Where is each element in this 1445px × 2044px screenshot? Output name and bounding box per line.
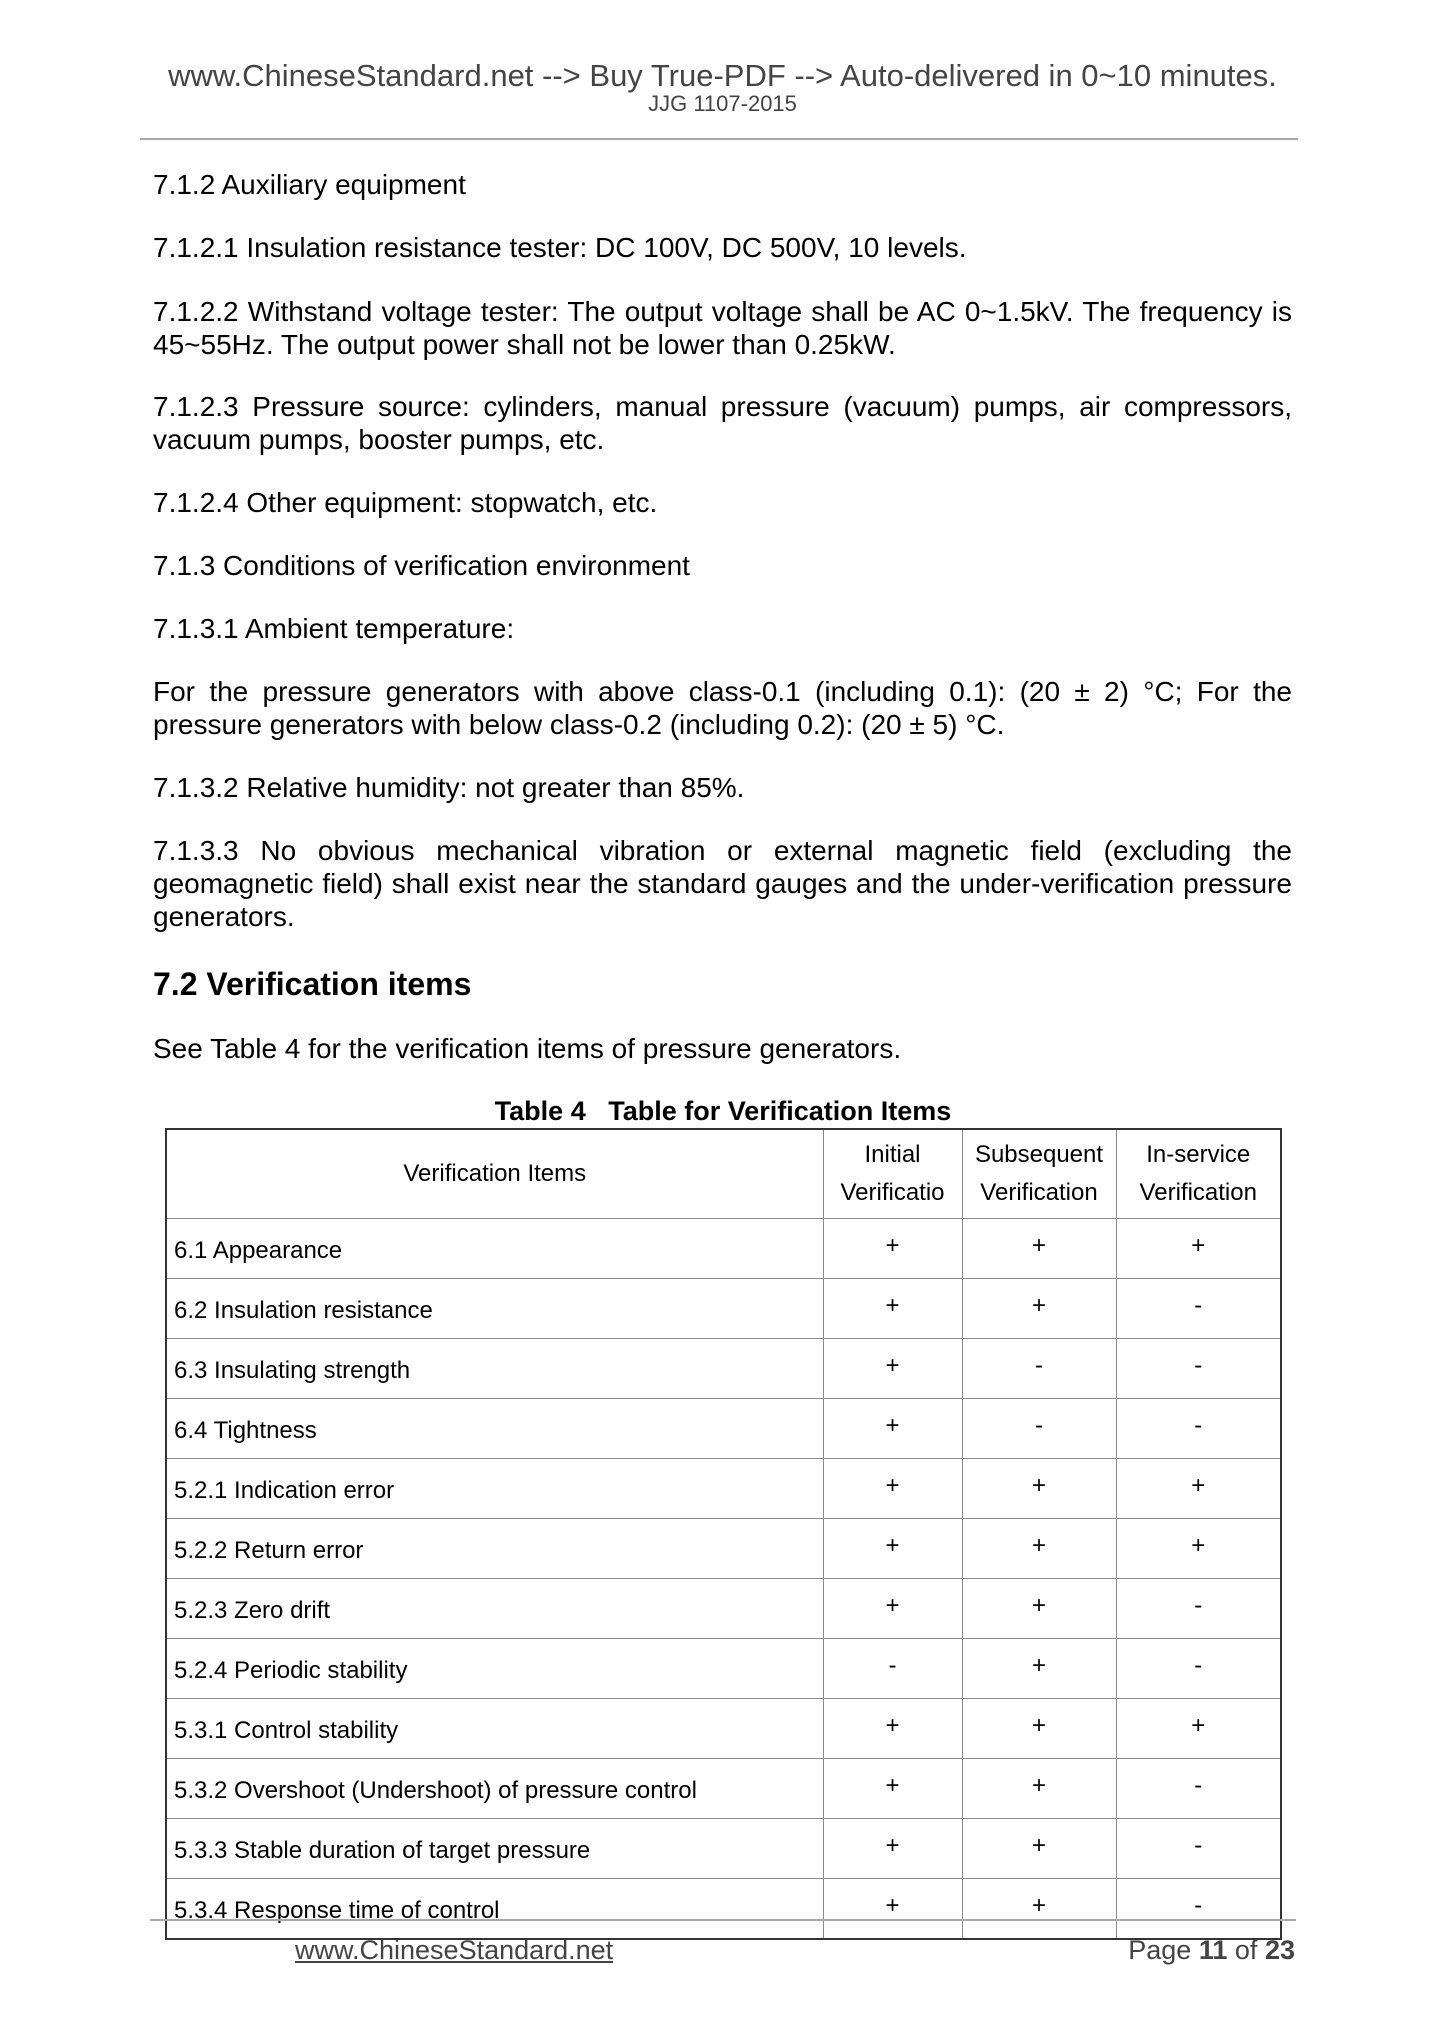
subsequent-verification-mark: - <box>962 1399 1116 1459</box>
table-row: 5.2.2 Return error+++ <box>166 1519 1281 1579</box>
section-7-1-2-4: 7.1.2.4 Other equipment: stopwatch, etc. <box>153 486 1292 519</box>
document-code: JJG 1107-2015 <box>0 91 1445 117</box>
page-total: 23 <box>1265 1935 1295 1965</box>
table-row: 6.1 Appearance+++ <box>166 1219 1281 1279</box>
subsequent-verification-mark: + <box>962 1279 1116 1339</box>
initial-verification-mark: + <box>823 1459 962 1519</box>
row-item: 5.2.4 Periodic stability <box>166 1639 823 1699</box>
section-7-1-2-1: 7.1.2.1 Insulation resistance tester: DC… <box>153 231 1292 264</box>
row-item: 5.2.3 Zero drift <box>166 1579 823 1639</box>
in-service-verification-mark: - <box>1116 1879 1281 1940</box>
subsequent-verification-mark: + <box>962 1219 1116 1279</box>
table-row: 5.2.1 Indication error+++ <box>166 1459 1281 1519</box>
subsequent-verification-mark: - <box>962 1339 1116 1399</box>
table-caption: Table 4 Table for Verification Items <box>165 1096 1281 1126</box>
header-initial-verification: Initial Verificatio <box>823 1129 962 1219</box>
row-item: 5.3.4 Response time of control <box>166 1879 823 1940</box>
initial-verification-mark: + <box>823 1219 962 1279</box>
in-service-verification-mark: - <box>1116 1399 1281 1459</box>
section-7-1-3-3: 7.1.3.3 No obvious mechanical vibration … <box>153 834 1292 933</box>
initial-verification-mark: + <box>823 1339 962 1399</box>
section-7-2-heading: 7.2 Verification items <box>153 965 471 1003</box>
in-service-verification-mark: - <box>1116 1819 1281 1879</box>
initial-verification-mark: + <box>823 1279 962 1339</box>
in-service-verification-mark: + <box>1116 1519 1281 1579</box>
in-service-verification-mark: - <box>1116 1339 1281 1399</box>
subsequent-verification-mark: + <box>962 1639 1116 1699</box>
header-verification-items: Verification Items <box>166 1129 823 1219</box>
initial-verification-mark: + <box>823 1759 962 1819</box>
subsequent-verification-mark: + <box>962 1459 1116 1519</box>
table-row: 6.2 Insulation resistance++- <box>166 1279 1281 1339</box>
row-item: 5.2.2 Return error <box>166 1519 823 1579</box>
page-indicator: Page 11 of 23 <box>1128 1934 1295 1966</box>
footer-website-link[interactable]: www.ChineseStandard.net <box>295 1934 613 1966</box>
section-7-1-2-2: 7.1.2.2 Withstand voltage tester: The ou… <box>153 295 1292 361</box>
in-service-verification-mark: + <box>1116 1459 1281 1519</box>
initial-verification-mark: + <box>823 1519 962 1579</box>
subsequent-verification-mark: + <box>962 1879 1116 1940</box>
page-current: 11 <box>1199 1935 1228 1965</box>
row-item: 5.3.1 Control stability <box>166 1699 823 1759</box>
initial-verification-mark: + <box>823 1579 962 1639</box>
in-service-verification-mark: - <box>1116 1579 1281 1639</box>
row-item: 5.2.1 Indication error <box>166 1459 823 1519</box>
initial-verification-mark: + <box>823 1819 962 1879</box>
table-row: 6.4 Tightness+-- <box>166 1399 1281 1459</box>
section-7-2-text: See Table 4 for the verification items o… <box>153 1032 1292 1065</box>
row-item: 6.1 Appearance <box>166 1219 823 1279</box>
row-item: 6.2 Insulation resistance <box>166 1279 823 1339</box>
section-7-1-2-title: 7.1.2 Auxiliary equipment <box>153 168 1292 201</box>
in-service-verification-mark: + <box>1116 1219 1281 1279</box>
header-subsequent-verification: Subsequent Verification <box>962 1129 1116 1219</box>
section-7-1-3-2: 7.1.3.2 Relative humidity: not greater t… <box>153 771 1292 804</box>
row-item: 6.4 Tightness <box>166 1399 823 1459</box>
subsequent-verification-mark: + <box>962 1759 1116 1819</box>
initial-verification-mark: + <box>823 1879 962 1940</box>
subsequent-verification-mark: + <box>962 1519 1116 1579</box>
in-service-verification-mark: - <box>1116 1759 1281 1819</box>
table-row: 5.3.1 Control stability+++ <box>166 1699 1281 1759</box>
row-item: 5.3.3 Stable duration of target pressure <box>166 1819 823 1879</box>
subsequent-verification-mark: + <box>962 1579 1116 1639</box>
verification-items-table: Verification Items Initial Verificatio S… <box>165 1128 1282 1940</box>
row-item: 5.3.2 Overshoot (Undershoot) of pressure… <box>166 1759 823 1819</box>
section-7-1-2-3: 7.1.2.3 Pressure source: cylinders, manu… <box>153 390 1292 456</box>
table-header-row: Verification Items Initial Verificatio S… <box>166 1129 1281 1219</box>
row-item: 6.3 Insulating strength <box>166 1339 823 1399</box>
initial-verification-mark: + <box>823 1699 962 1759</box>
initial-verification-mark: - <box>823 1639 962 1699</box>
table-row: 5.2.3 Zero drift++- <box>166 1579 1281 1639</box>
section-7-1-3-title: 7.1.3 Conditions of verification environ… <box>153 549 1292 582</box>
initial-verification-mark: + <box>823 1399 962 1459</box>
table-row: 5.3.3 Stable duration of target pressure… <box>166 1819 1281 1879</box>
table-row: 5.3.4 Response time of control++- <box>166 1879 1281 1940</box>
header-divider <box>140 138 1298 140</box>
header-banner: www.ChineseStandard.net --> Buy True-PDF… <box>0 58 1445 94</box>
in-service-verification-mark: + <box>1116 1699 1281 1759</box>
table-row: 5.2.4 Periodic stability-+- <box>166 1639 1281 1699</box>
subsequent-verification-mark: + <box>962 1699 1116 1759</box>
subsequent-verification-mark: + <box>962 1819 1116 1879</box>
section-7-1-3-1-title: 7.1.3.1 Ambient temperature: <box>153 612 1292 645</box>
footer-divider <box>150 1919 1296 1921</box>
header-in-service-verification: In-service Verification <box>1116 1129 1281 1219</box>
table-row: 5.3.2 Overshoot (Undershoot) of pressure… <box>166 1759 1281 1819</box>
in-service-verification-mark: - <box>1116 1639 1281 1699</box>
in-service-verification-mark: - <box>1116 1279 1281 1339</box>
table-row: 6.3 Insulating strength+-- <box>166 1339 1281 1399</box>
section-7-1-3-1-text: For the pressure generators with above c… <box>153 675 1292 741</box>
